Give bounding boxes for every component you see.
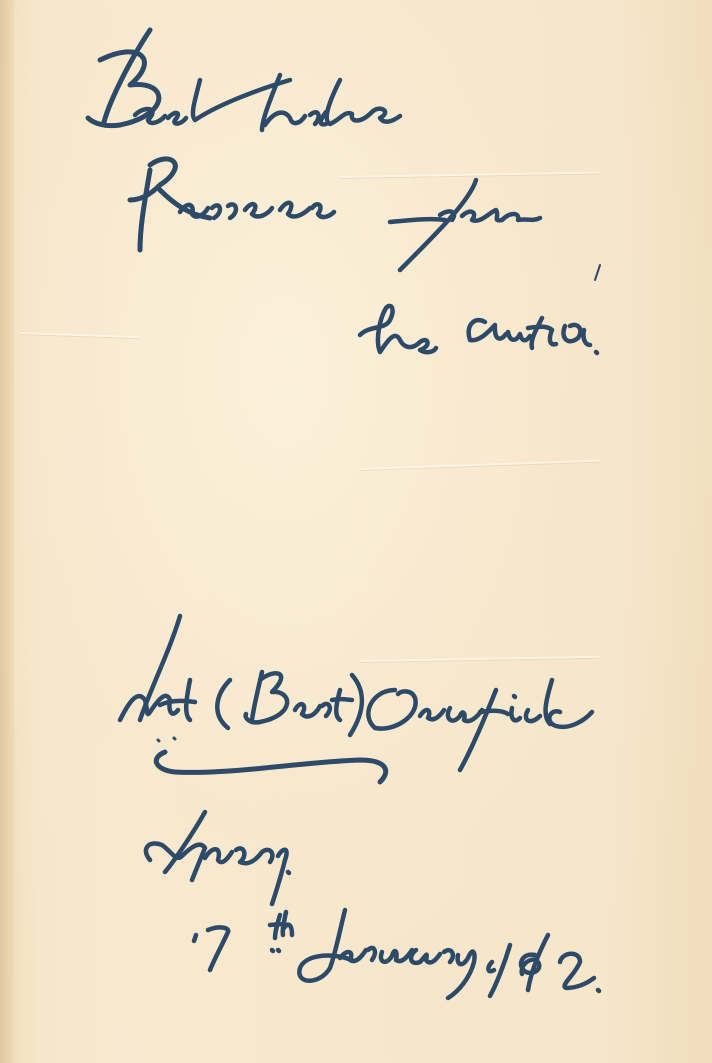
handwriting-ink <box>0 0 712 1063</box>
stray-ink-mark <box>595 265 600 280</box>
handwriting-date <box>194 910 599 998</box>
handwriting-signature <box>120 616 592 782</box>
handwriting-the-author <box>360 306 597 353</box>
handwriting-place <box>146 812 289 904</box>
handwriting-from <box>390 180 540 270</box>
book-flyleaf-page: Best Wishes Russell from the author. W.A… <box>0 0 712 1063</box>
handwriting-best-wishes <box>88 30 400 130</box>
handwriting-russell <box>130 159 334 250</box>
